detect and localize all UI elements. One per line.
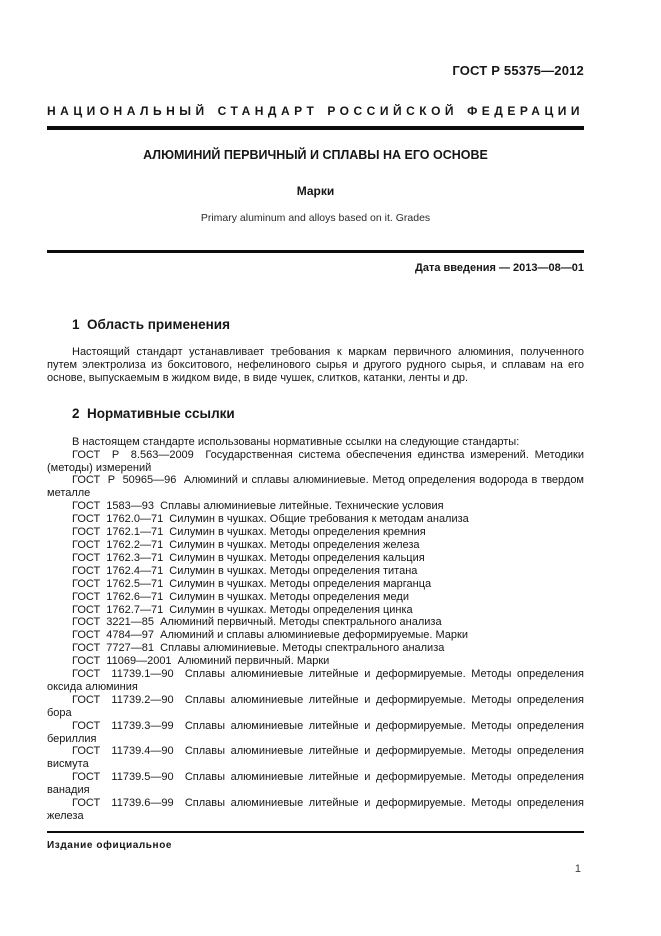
reference-item: ГОСТ 3221—85 Алюминий первичный. Методы … bbox=[47, 616, 584, 629]
document-page: ГОСТ Р 55375—2012 НАЦИОНАЛЬНЫЙСТАНДАРТРО… bbox=[0, 0, 661, 936]
reference-item: ГОСТ 11739.1—90 Сплавы алюминиевые литей… bbox=[47, 668, 584, 694]
header-rule bbox=[47, 126, 584, 130]
reference-item: ГОСТ 11739.2—90 Сплавы алюминиевые литей… bbox=[47, 694, 584, 720]
official-edition-note: Издание официальное bbox=[47, 840, 584, 852]
scope-paragraph: Настоящий стандарт устанавливает требова… bbox=[47, 346, 584, 385]
title-rule bbox=[47, 250, 584, 253]
reference-item: ГОСТ Р 50965—96 Алюминий и сплавы алюмин… bbox=[47, 474, 584, 500]
reference-item: ГОСТ 1762.5—71 Силумин в чушках. Методы … bbox=[47, 578, 584, 591]
document-title: АЛЮМИНИЙ ПЕРВИЧНЫЙ И СПЛАВЫ НА ЕГО ОСНОВ… bbox=[47, 148, 584, 163]
reference-item: ГОСТ 1762.2—71 Силумин в чушках. Методы … bbox=[47, 539, 584, 552]
banner-word: НАЦИОНАЛЬНЫЙ bbox=[47, 104, 209, 118]
reference-item: ГОСТ Р 8.563—2009 Государственная систем… bbox=[47, 449, 584, 475]
section-heading-references: 2 Нормативные ссылки bbox=[72, 406, 584, 422]
banner-word: СТАНДАРТ bbox=[218, 104, 319, 118]
reference-item: ГОСТ 7727—81 Сплавы алюминиевые. Методы … bbox=[47, 642, 584, 655]
reference-item: ГОСТ 1762.3—71 Силумин в чушках. Методы … bbox=[47, 552, 584, 565]
banner-word: ФЕДЕРАЦИИ bbox=[467, 104, 584, 118]
reference-item: ГОСТ 1762.4—71 Силумин в чушках. Методы … bbox=[47, 565, 584, 578]
reference-item: ГОСТ 11739.4—90 Сплавы алюминиевые литей… bbox=[47, 745, 584, 771]
document-title-english: Primary aluminum and alloys based on it.… bbox=[47, 212, 584, 225]
document-subtitle: Марки bbox=[47, 184, 584, 198]
page-number: 1 bbox=[47, 863, 584, 876]
footer-rule bbox=[47, 831, 584, 833]
effective-date: Дата введения — 2013—08—01 bbox=[47, 262, 584, 275]
reference-item: ГОСТ 4784—97 Алюминий и сплавы алюминиев… bbox=[47, 629, 584, 642]
reference-item: ГОСТ 1762.7—71 Силумин в чушках. Методы … bbox=[47, 604, 584, 617]
reference-item: ГОСТ 11069—2001 Алюминий первичный. Марк… bbox=[47, 655, 584, 668]
references-list: ГОСТ Р 8.563—2009 Государственная систем… bbox=[47, 449, 584, 823]
reference-item: ГОСТ 11739.6—99 Сплавы алюминиевые литей… bbox=[47, 797, 584, 823]
doc-number: ГОСТ Р 55375—2012 bbox=[47, 63, 584, 78]
reference-item: ГОСТ 1762.6—71 Силумин в чушках. Методы … bbox=[47, 591, 584, 604]
banner-word: РОССИЙСКОЙ bbox=[327, 104, 458, 118]
document-content: ГОСТ Р 55375—2012 НАЦИОНАЛЬНЫЙСТАНДАРТРО… bbox=[47, 0, 584, 876]
reference-item: ГОСТ 1583—93 Сплавы алюминиевые литейные… bbox=[47, 500, 584, 513]
references-intro: В настоящем стандарте использованы норма… bbox=[47, 436, 584, 449]
reference-item: ГОСТ 11739.5—90 Сплавы алюминиевые литей… bbox=[47, 771, 584, 797]
reference-item: ГОСТ 11739.3—99 Сплавы алюминиевые литей… bbox=[47, 720, 584, 746]
reference-item: ГОСТ 1762.1—71 Силумин в чушках. Методы … bbox=[47, 526, 584, 539]
reference-item: ГОСТ 1762.0—71 Силумин в чушках. Общие т… bbox=[47, 513, 584, 526]
section-heading-scope: 1 Область применения bbox=[72, 317, 584, 333]
national-standard-banner: НАЦИОНАЛЬНЫЙСТАНДАРТРОССИЙСКОЙФЕДЕРАЦИИ bbox=[47, 104, 584, 118]
